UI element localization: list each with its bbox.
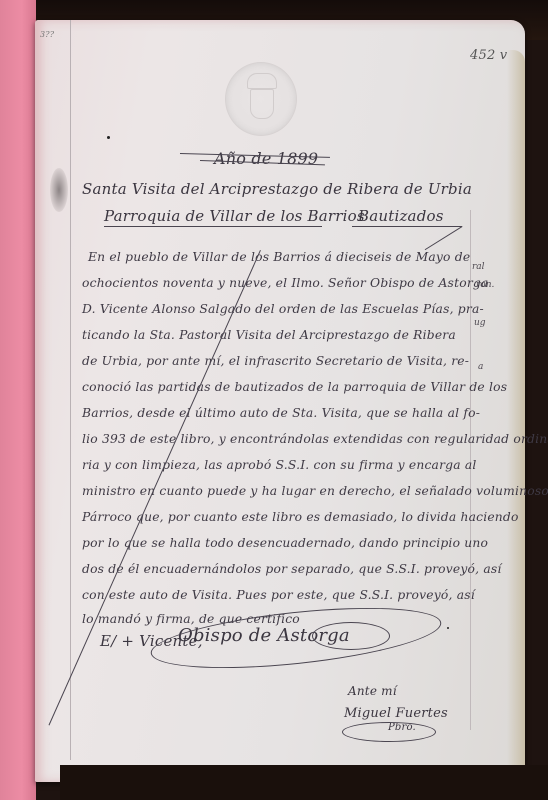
margin-note-1: ral [472, 262, 485, 272]
year-heading: Año de 1899 [214, 149, 318, 168]
folio-number: 452 v [470, 48, 507, 63]
witness-label: Ante mí [348, 684, 397, 698]
body-line-3: D. Vicente Alonso Salgado del orden de l… [82, 302, 484, 316]
body-line-12: por lo que se halla todo desencuadernado… [82, 536, 488, 550]
folio-mark-left: 3?? [40, 30, 54, 39]
body-line-13: dos de él encuadernándolos por separado,… [82, 562, 502, 576]
body-line-1: En el pueblo de Villar de los Barrios á … [88, 250, 470, 264]
body-line-14: con este auto de Visita. Pues por este, … [82, 588, 475, 602]
body-line-8: lio 393 de este libro, y encontrándolas … [82, 432, 548, 446]
notary-signature: Miguel Fuertes [344, 706, 448, 721]
shield-icon [250, 89, 274, 119]
section-label: Bautizados [358, 207, 444, 225]
margin-note-3: ug [474, 318, 486, 328]
signature-flourish-small [312, 622, 390, 650]
dark-background-bottom [60, 765, 548, 800]
pink-book-cover [0, 0, 36, 800]
crown-icon [247, 73, 277, 89]
parish-title: Parroquia de Villar de los Barrios [104, 207, 365, 225]
margin-note-2: ron. [476, 280, 494, 290]
visit-title: Santa Visita del Arciprestazgo de Ribera… [82, 180, 472, 198]
ink-dot [107, 136, 110, 139]
section-underline [352, 226, 462, 227]
body-line-7: Barrios, desde el último auto de Sta. Vi… [82, 406, 480, 420]
embossed-seal-icon [225, 62, 297, 136]
ink-dot [447, 627, 449, 629]
left-margin-line [70, 20, 71, 760]
parish-underline [104, 226, 322, 227]
body-line-6: conoció las partidas de bautizados de la… [82, 380, 507, 394]
page-edge [507, 50, 525, 770]
body-line-5: de Urbia, por ante mí, el infrascrito Se… [82, 354, 469, 368]
document-page [35, 20, 525, 782]
body-line-11: Párroco que, por cuanto este libro es de… [82, 510, 519, 524]
body-line-4: ticando la Sta. Pastoral Visita del Arci… [82, 328, 456, 342]
ink-smudge [50, 168, 68, 212]
body-line-2: ochocientos noventa y nueve, el Ilmo. Se… [82, 276, 489, 290]
notary-flourish [342, 722, 436, 742]
margin-note-4: a [478, 362, 483, 372]
body-line-9: ria y con limpieza, las aprobó S.S.I. co… [82, 458, 477, 472]
